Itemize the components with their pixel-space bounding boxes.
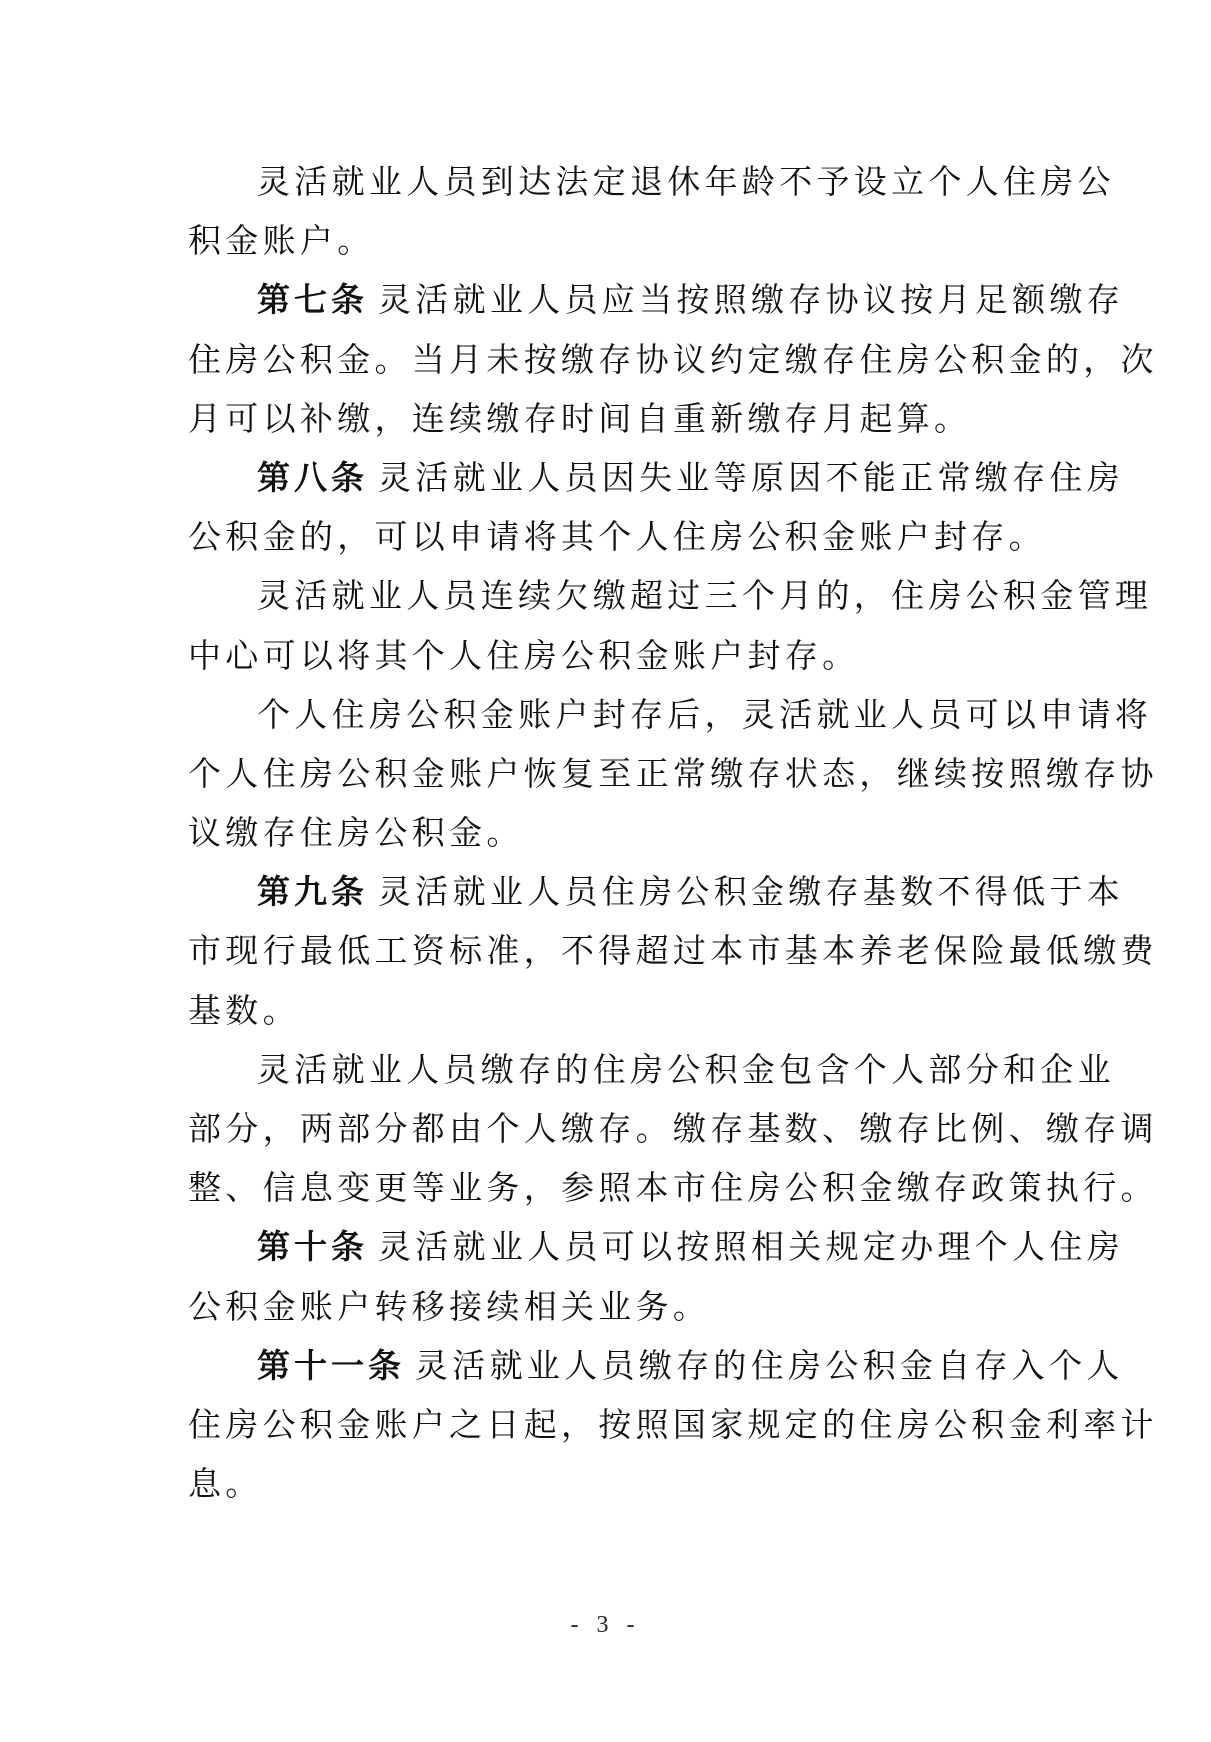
line-text: 积金账户。	[188, 221, 375, 260]
line-text: 部分，两部分都由个人缴存。缴存基数、缴存比例、缴存调	[188, 1109, 1158, 1148]
text-line: 第八条灵活就业人员因失业等原因不能正常缴存住房	[188, 448, 1068, 507]
text-line: 基数。	[188, 981, 1068, 1040]
line-text: 灵活就业人员因失业等原因不能正常缴存住房	[378, 458, 1124, 497]
line-text: 个人住房公积金账户封存后，灵活就业人员可以申请将	[257, 695, 1152, 734]
article-number: 第十一条	[257, 1346, 405, 1385]
page-number: - 3 -	[0, 1612, 1211, 1639]
line-text: 中心可以将其个人住房公积金账户封存。	[188, 636, 859, 675]
line-text: 公积金的，可以申请将其个人住房公积金账户封存。	[188, 517, 1046, 556]
text-line: 灵活就业人员到达法定退休年龄不予设立个人住房公	[188, 152, 1068, 211]
text-line: 灵活就业人员缴存的住房公积金包含个人部分和企业	[188, 1040, 1068, 1099]
document-page: 灵活就业人员到达法定退休年龄不予设立个人住房公 积金账户。 第七条灵活就业人员应…	[0, 0, 1211, 1742]
line-text: 灵活就业人员应当按照缴存协议按月足额缴存	[378, 280, 1124, 319]
line-text: 基数。	[188, 991, 300, 1030]
text-line: 第十一条灵活就业人员缴存的住房公积金自存入个人	[188, 1336, 1068, 1395]
line-text: 月可以补缴，连续缴存时间自重新缴存月起算。	[188, 399, 971, 438]
line-text: 个人住房公积金账户恢复至正常缴存状态，继续按照缴存协	[188, 754, 1158, 793]
text-line: 公积金的，可以申请将其个人住房公积金账户封存。	[188, 507, 1068, 566]
line-text: 住房公积金。当月未按缴存协议约定缴存住房公积金的，次	[188, 340, 1158, 379]
text-line: 公积金账户转移接续相关业务。	[188, 1277, 1068, 1336]
text-line: 息。	[188, 1454, 1068, 1513]
text-line: 中心可以将其个人住房公积金账户封存。	[188, 626, 1068, 685]
text-line: 第十条灵活就业人员可以按照相关规定办理个人住房	[188, 1217, 1068, 1276]
line-text: 市现行最低工资标准，不得超过本市基本养老保险最低缴费	[188, 931, 1158, 970]
text-line: 住房公积金账户之日起，按照国家规定的住房公积金利率计	[188, 1395, 1068, 1454]
line-text: 灵活就业人员缴存的住房公积金包含个人部分和企业	[257, 1050, 1115, 1089]
article-number: 第七条	[257, 280, 368, 319]
text-line: 第七条灵活就业人员应当按照缴存协议按月足额缴存	[188, 270, 1068, 329]
line-text: 住房公积金账户之日起，按照国家规定的住房公积金利率计	[188, 1405, 1158, 1444]
text-line: 部分，两部分都由个人缴存。缴存基数、缴存比例、缴存调	[188, 1099, 1068, 1158]
line-text: 灵活就业人员可以按照相关规定办理个人住房	[378, 1227, 1124, 1266]
article-number: 第九条	[257, 872, 368, 911]
text-line: 第九条灵活就业人员住房公积金缴存基数不得低于本	[188, 862, 1068, 921]
text-line: 市现行最低工资标准，不得超过本市基本养老保险最低缴费	[188, 921, 1068, 980]
text-line: 灵活就业人员连续欠缴超过三个月的，住房公积金管理	[188, 566, 1068, 625]
line-text: 灵活就业人员住房公积金缴存基数不得低于本	[378, 872, 1124, 911]
text-line: 住房公积金。当月未按缴存协议约定缴存住房公积金的，次	[188, 330, 1068, 389]
document-body: 灵活就业人员到达法定退休年龄不予设立个人住房公 积金账户。 第七条灵活就业人员应…	[188, 152, 1068, 1513]
text-line: 整、信息变更等业务，参照本市住房公积金缴存政策执行。	[188, 1158, 1068, 1217]
text-line: 月可以补缴，连续缴存时间自重新缴存月起算。	[188, 389, 1068, 448]
text-line: 个人住房公积金账户恢复至正常缴存状态，继续按照缴存协	[188, 744, 1068, 803]
article-number: 第十条	[257, 1227, 368, 1266]
line-text: 灵活就业人员连续欠缴超过三个月的，住房公积金管理	[257, 576, 1152, 615]
line-text: 整、信息变更等业务，参照本市住房公积金缴存政策执行。	[188, 1168, 1158, 1207]
text-line: 个人住房公积金账户封存后，灵活就业人员可以申请将	[188, 685, 1068, 744]
text-line: 积金账户。	[188, 211, 1068, 270]
text-line: 议缴存住房公积金。	[188, 803, 1068, 862]
line-text: 灵活就业人员到达法定退休年龄不予设立个人住房公	[257, 162, 1115, 201]
line-text: 息。	[188, 1464, 263, 1503]
line-text: 灵活就业人员缴存的住房公积金自存入个人	[415, 1346, 1124, 1385]
line-text: 公积金账户转移接续相关业务。	[188, 1287, 710, 1326]
article-number: 第八条	[257, 458, 368, 497]
line-text: 议缴存住房公积金。	[188, 813, 524, 852]
